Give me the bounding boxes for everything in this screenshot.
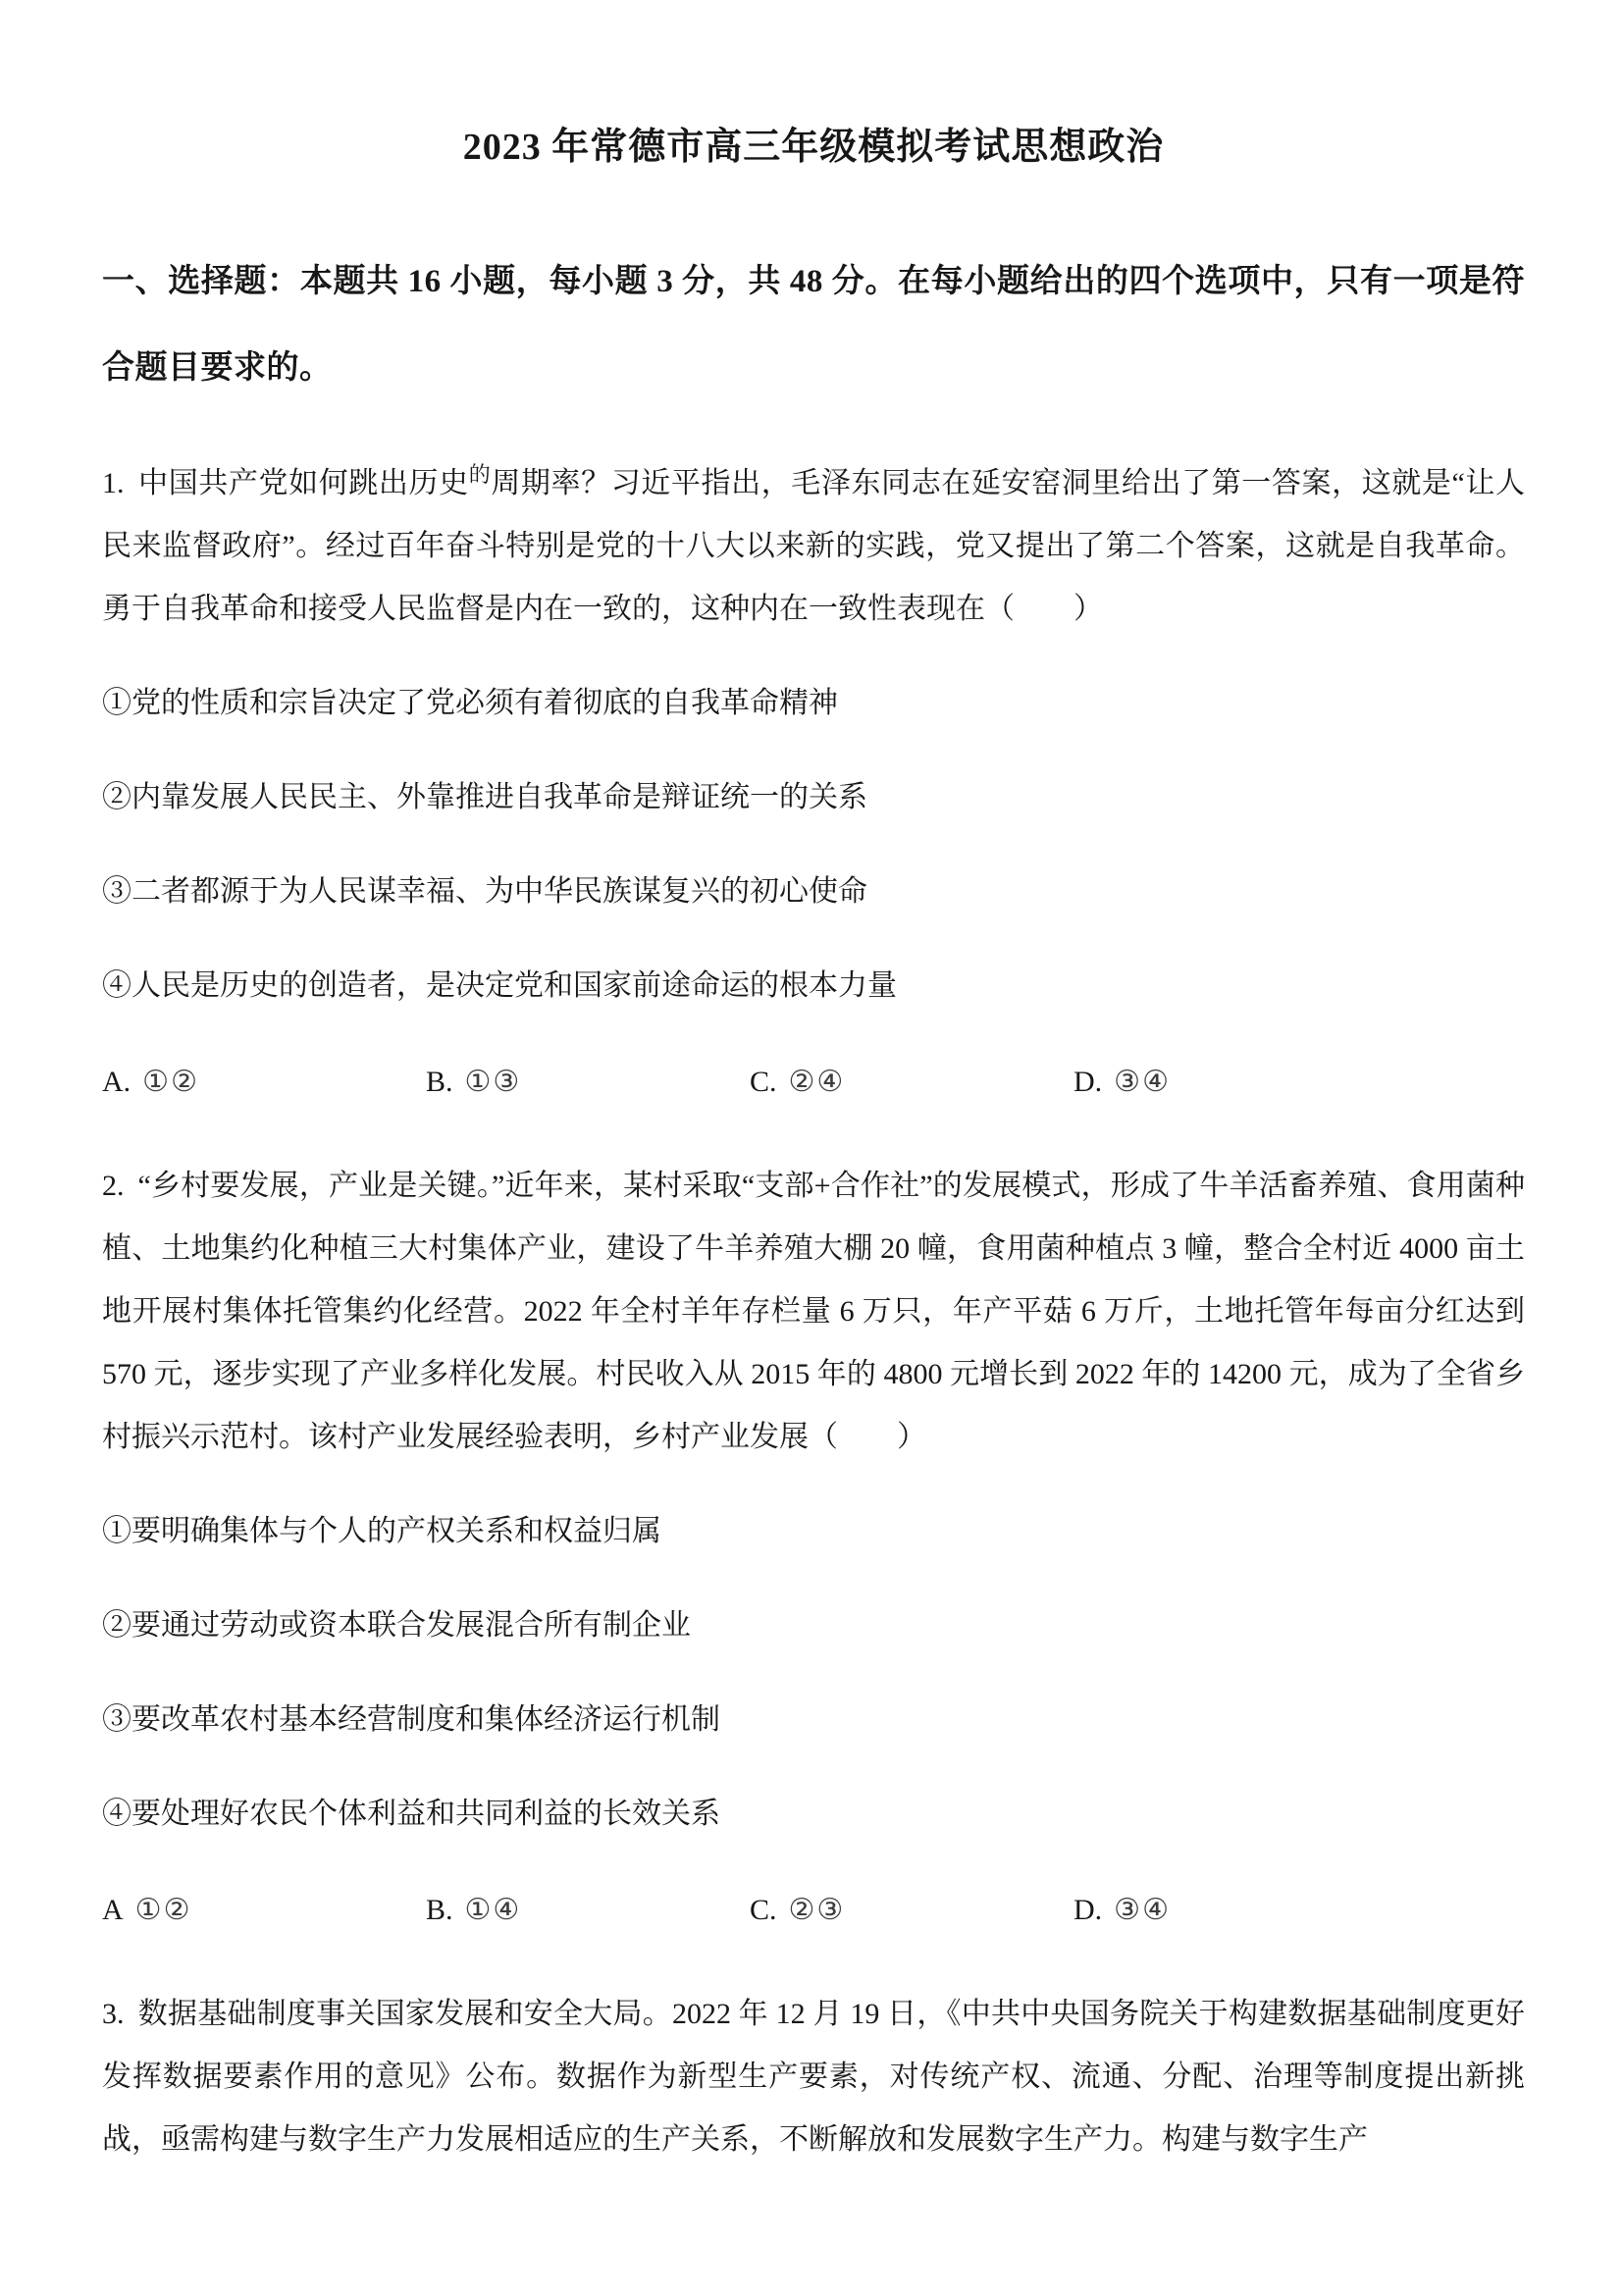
question-1-stem-prefix: 中国共产党如何跳出历史 xyxy=(138,467,469,499)
question-1-statement: ②内靠发展人民民主、外靠推进自我革命是辩证统一的关系 xyxy=(102,766,1525,829)
question-2-option-c: C.②③ xyxy=(750,1879,1073,1942)
document-page: 2023 年常德市高三年级模拟考试思想政治 一、选择题：本题共 16 小题，每小… xyxy=(0,0,1623,2171)
option-value: ①④ xyxy=(465,1894,522,1926)
question-2-statement: ③要改革农村基本经营制度和集体经济运行机制 xyxy=(102,1689,1525,1751)
question-2-statement: ④要处理好农民个体利益和共同利益的长效关系 xyxy=(102,1783,1525,1846)
option-value: ②③ xyxy=(789,1894,846,1926)
option-value: ①② xyxy=(142,1066,199,1098)
question-2-option-d: D.③④ xyxy=(1073,1879,1525,1942)
question-1-option-c: C.②④ xyxy=(750,1051,1073,1114)
question-2-option-a: A①② xyxy=(102,1879,426,1942)
question-2-options: A①② B.①④ C.②③ D.③④ xyxy=(102,1879,1525,1942)
question-1: 1.中国共产党如何跳出历史的周期率？习近平指出，毛泽东同志在延安窑洞里给出了第一… xyxy=(102,452,1525,1114)
section-instructions: 一、选择题：本题共 16 小题，每小题 3 分，共 48 分。在每小题给出的四个… xyxy=(102,238,1525,411)
question-3-number: 3. xyxy=(102,1998,125,2030)
option-label: C. xyxy=(750,1894,777,1926)
page-title: 2023 年常德市高三年级模拟考试思想政治 xyxy=(102,116,1525,170)
question-1-option-b: B.①③ xyxy=(426,1051,750,1114)
option-label: A. xyxy=(102,1066,131,1098)
question-1-stem: 1.中国共产党如何跳出历史的周期率？习近平指出，毛泽东同志在延安窑洞里给出了第一… xyxy=(102,452,1525,641)
option-label: D. xyxy=(1073,1066,1102,1098)
option-value: ①③ xyxy=(465,1066,522,1098)
question-1-options: A.①② B.①③ C.②④ D.③④ xyxy=(102,1051,1525,1114)
option-label: A xyxy=(102,1894,124,1926)
question-2-statement: ①要明确集体与个人的产权关系和权益归属 xyxy=(102,1500,1525,1563)
question-2-stem-text: “乡村要发展，产业是关键。”近年来，某村采取“支部+合作社”的发展模式，形成了牛… xyxy=(102,1170,1525,1453)
question-3-stem: 3.数据基础制度事关国家发展和安全大局。2022 年 12 月 19 日，《中共… xyxy=(102,1983,1525,2171)
question-1-superscript: 的 xyxy=(469,462,492,487)
question-1-statement: ③二者都源于为人民谋幸福、为中华民族谋复兴的初心使命 xyxy=(102,861,1525,923)
question-2-stem: 2.“乡村要发展，产业是关键。”近年来，某村采取“支部+合作社”的发展模式，形成… xyxy=(102,1155,1525,1469)
question-1-option-d: D.③④ xyxy=(1073,1051,1525,1114)
question-1-statement: ①党的性质和宗旨决定了党必须有着彻底的自我革命精神 xyxy=(102,672,1525,735)
option-label: B. xyxy=(426,1066,453,1098)
option-value: ③④ xyxy=(1114,1894,1171,1926)
option-value: ③④ xyxy=(1114,1066,1171,1098)
question-2: 2.“乡村要发展，产业是关键。”近年来，某村采取“支部+合作社”的发展模式，形成… xyxy=(102,1155,1525,1942)
question-3: 3.数据基础制度事关国家发展和安全大局。2022 年 12 月 19 日，《中共… xyxy=(102,1983,1525,2171)
question-1-option-a: A.①② xyxy=(102,1051,426,1114)
question-2-statement: ②要通过劳动或资本联合发展混合所有制企业 xyxy=(102,1594,1525,1657)
option-label: B. xyxy=(426,1894,453,1926)
question-1-statement: ④人民是历史的创造者，是决定党和国家前途命运的根本力量 xyxy=(102,955,1525,1018)
option-value: ①② xyxy=(135,1894,192,1926)
option-label: D. xyxy=(1073,1894,1102,1926)
option-value: ②④ xyxy=(789,1066,846,1098)
question-2-option-b: B.①④ xyxy=(426,1879,750,1942)
option-label: C. xyxy=(750,1066,777,1098)
question-3-stem-text: 数据基础制度事关国家发展和安全大局。2022 年 12 月 19 日，《中共中央… xyxy=(102,1998,1525,2156)
question-2-number: 2. xyxy=(102,1170,125,1202)
question-1-number: 1. xyxy=(102,467,125,499)
